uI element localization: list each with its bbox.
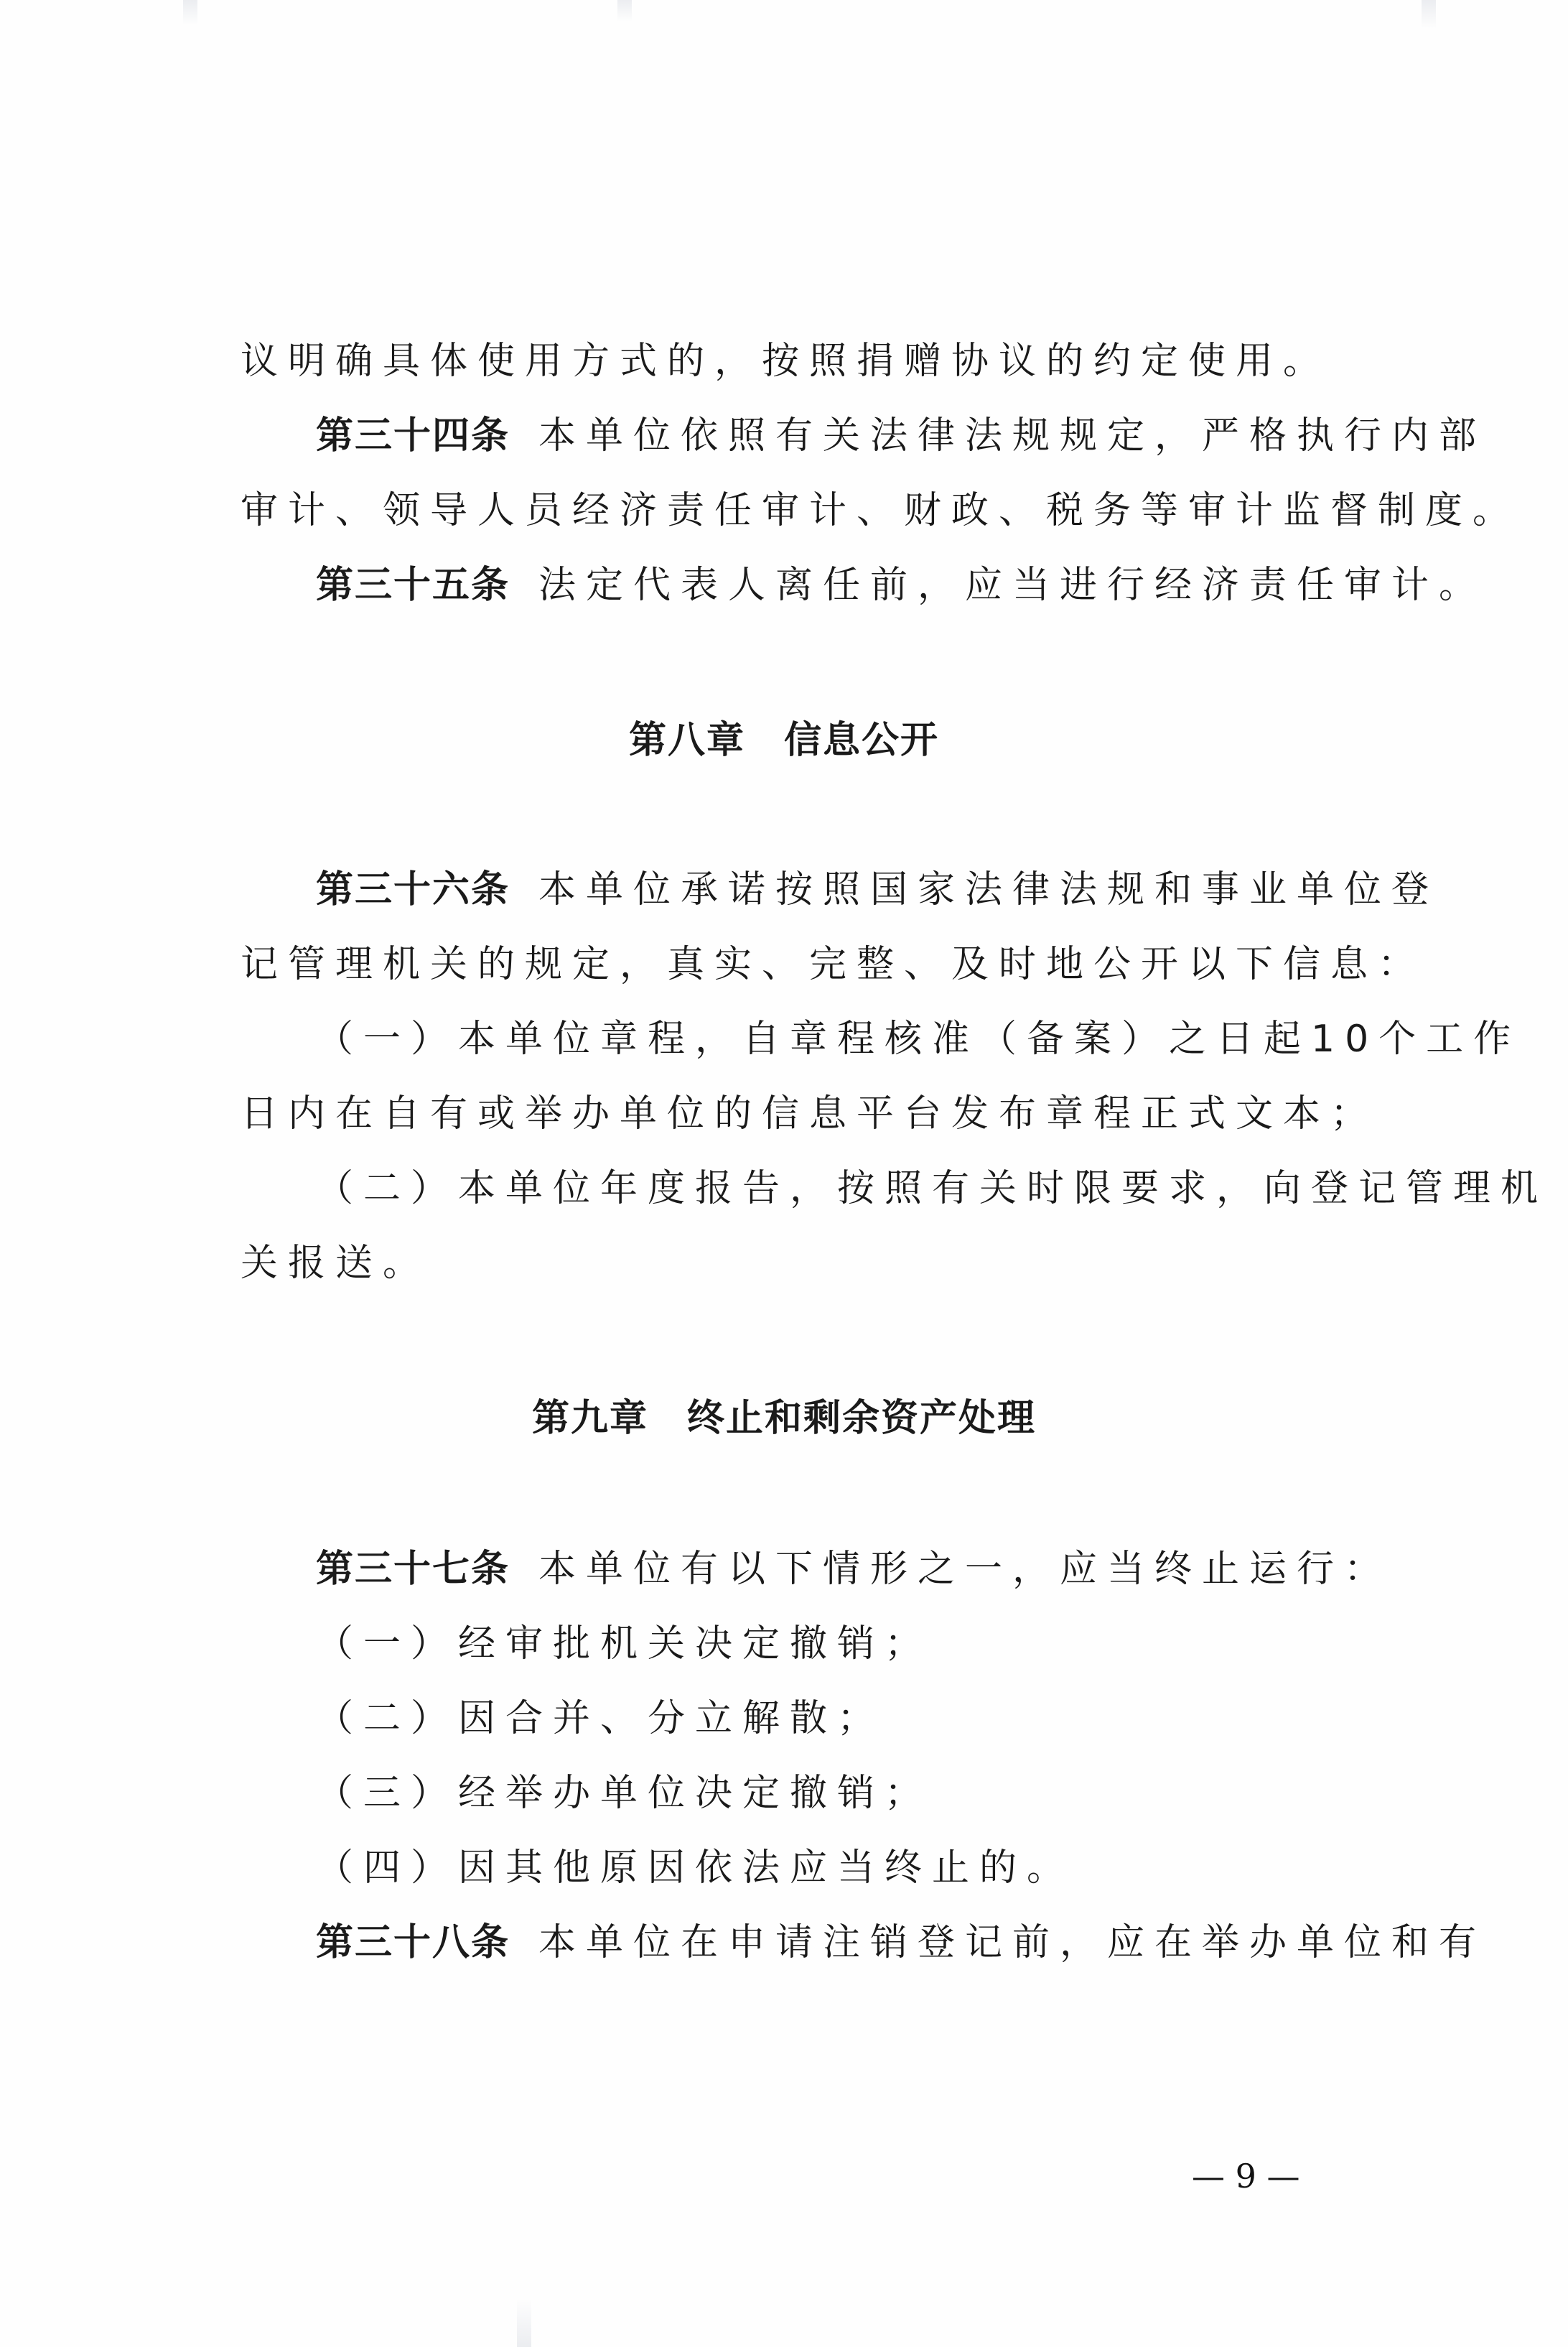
scan-artifact [1422,0,1436,29]
list-item-1: （一）经审批机关决定撤销； [316,1620,1368,1668]
chapter-8-heading: 第八章 信息公开 [0,717,1568,764]
list-item-2: （二）因合并、分立解散； [316,1695,1368,1742]
article-number: 第三十七条 [316,1548,510,1591]
article-38: 第三十八条本单位在申请注销登记前，应在举办单位和有 [316,1919,1368,1966]
page-number: — 9 — [1192,2155,1300,2198]
list-item-2: （二）本单位年度报告，按照有关时限要求，向登记管理机 [316,1165,1368,1212]
article-37: 第三十七条本单位有以下情形之一，应当终止运行： [316,1546,1368,1593]
body-line: 记管理机关的规定，真实、完整、及时地公开以下信息： [241,941,1368,988]
chapter-9-heading: 第九章 终止和剩余资产处理 [0,1395,1568,1442]
article-number: 第三十六条 [316,868,510,911]
list-item-4: （四）因其他原因依法应当终止的。 [316,1844,1368,1892]
article-text: 本单位依照有关法律法规规定，严格执行内部 [538,414,1486,457]
article-number: 第三十四条 [316,414,510,457]
article-35: 第三十五条法定代表人离任前，应当进行经济责任审计。 [316,562,1368,609]
article-36: 第三十六条本单位承诺按照国家法律法规和事业单位登 [316,866,1368,914]
article-34: 第三十四条本单位依照有关法律法规规定，严格执行内部 [316,412,1368,460]
body-line: 日内在自有或举办单位的信息平台发布章程正式文本； [241,1090,1368,1138]
article-number: 第三十八条 [316,1921,510,1964]
scan-artifact [617,0,632,22]
article-text: 法定代表人离任前，应当进行经济责任审计。 [538,564,1486,607]
article-text: 本单位在申请注销登记前，应在举办单位和有 [538,1921,1486,1964]
article-text: 本单位承诺按照国家法律法规和事业单位登 [538,868,1439,911]
document-page: 议明确具体使用方式的，按照捐赠协议的约定使用。 第三十四条本单位依照有关法律法规… [0,0,1568,2347]
scan-artifact [183,0,197,25]
list-item-3: （三）经举办单位决定撤销； [316,1770,1368,1817]
article-number: 第三十五条 [316,564,510,607]
body-line: 审计、领导人员经济责任审计、财政、税务等审计监督制度。 [241,487,1368,534]
list-item-1: （一）本单位章程，自章程核准（备案）之日起10个工作 [316,1016,1368,1063]
body-line: 关报送。 [241,1240,1368,1287]
body-line: 议明确具体使用方式的，按照捐赠协议的约定使用。 [241,338,1368,385]
scan-artifact [517,2298,531,2347]
article-text: 本单位有以下情形之一，应当终止运行： [538,1548,1391,1591]
